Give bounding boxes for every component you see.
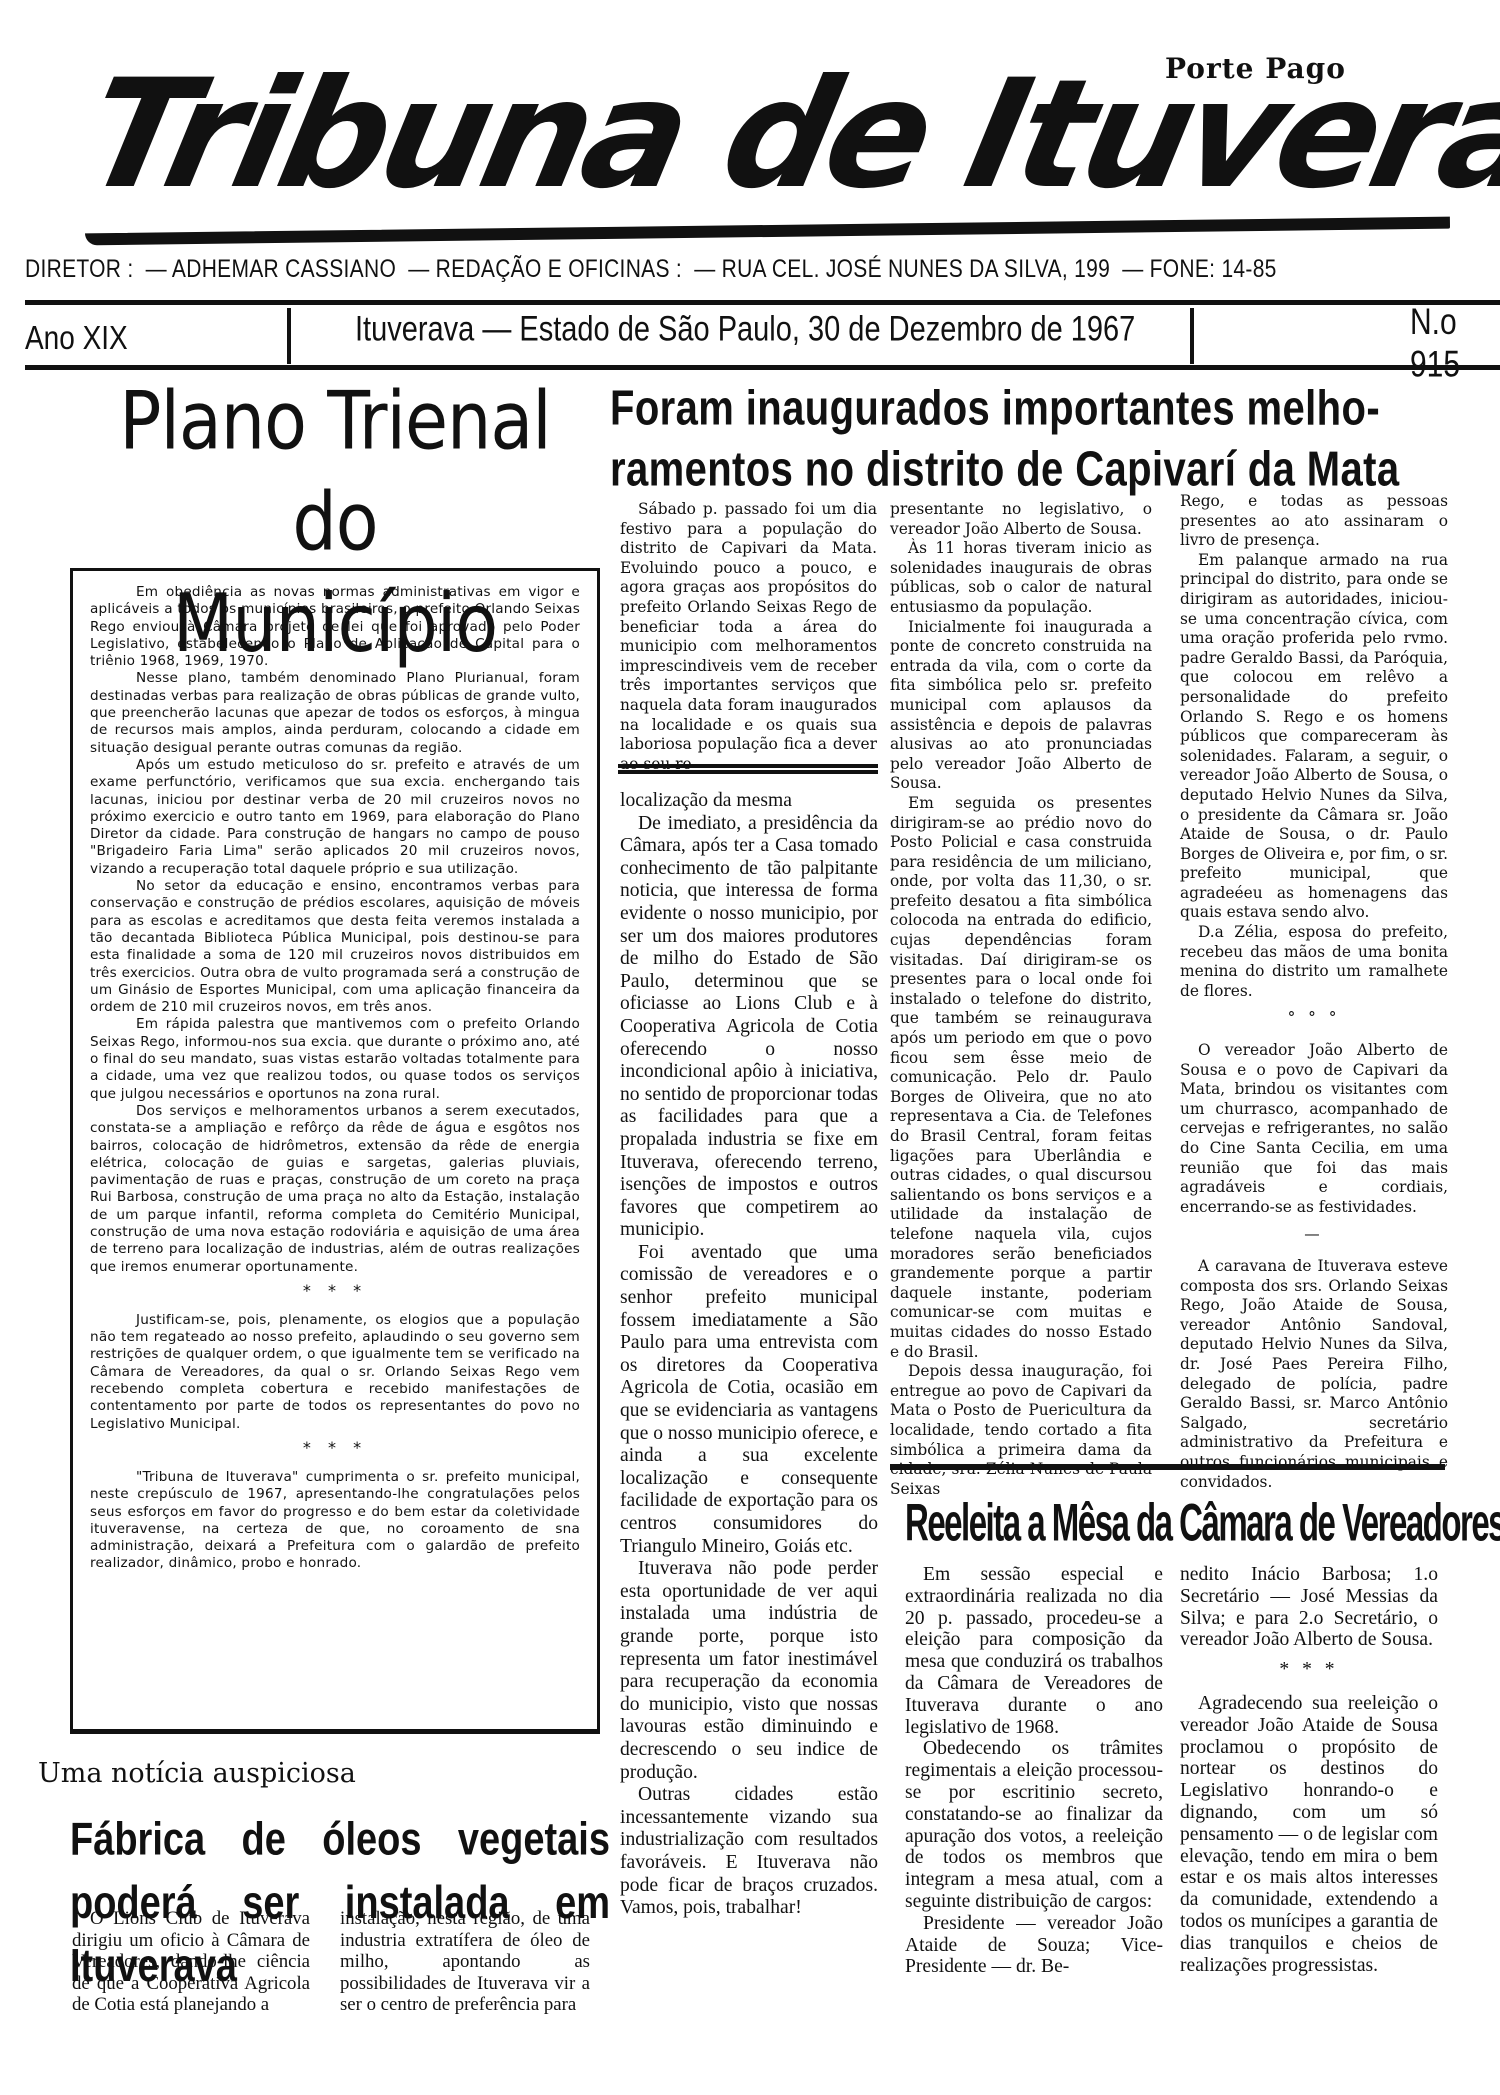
paragraph: Presidente — vereador João Ataide de Sou… [905,1913,1163,1978]
paragraph: O Lions Club de Ituverava dirigiu um ofi… [72,1908,310,2016]
headline-reeleita: Reeleita a Mêsa da Câmara de Vereadores … [905,1483,1465,1563]
divider [287,308,291,364]
paragraph: Em palanque armado na rua principal do d… [1180,551,1448,923]
paragraph: Em sessão especial e extraordinária real… [905,1564,1163,1738]
director-name: — ADHEMAR CASSIANO [146,256,396,284]
paragraph: Depois dessa inauguração, foi entregue a… [890,1362,1152,1499]
paragraph: Em rápida palestra que mantivemos com o … [90,1016,580,1102]
paragraph: Rego, e todas as pessoas presentes ao at… [1180,492,1448,551]
paragraph: No setor da educação e ensino, encontram… [90,878,580,1016]
year-label: Ano XIX [25,319,128,357]
paragraph: Outras cidades estão incessantemente viz… [620,1784,878,1920]
article-plano-body: Em obediência as novas normas administra… [90,584,580,1573]
phone: — FONE: 14-85 [1122,256,1276,284]
director-label: DIRETOR : [25,256,134,284]
newspaper-title: Tribuna de Ituverava [74,60,1436,210]
paragraph: Em obediência as novas normas administra… [90,584,580,670]
headline-line: Plano Trienal do [70,370,600,572]
dateline: Ituverava — Estado de São Paulo, 30 de D… [355,311,1135,351]
divider [1190,308,1194,364]
paragraph: localização da mesma [620,790,878,813]
masthead-info-line: DIRETOR : — ADHEMAR CASSIANO — REDAÇÃO E… [25,256,1500,285]
section-separator: ° ° ° [1180,1001,1448,1041]
paragraph: O vereador João Alberto de Sousa e o pov… [1180,1041,1448,1217]
paragraph: Nesse plano, também denominado Plano Plu… [90,670,580,756]
paragraph: Às 11 horas tiveram inicio as solenidade… [890,539,1152,617]
section-separator: * * * [90,1433,580,1469]
headline-line: ramentos no distrito de Capivarí da Mata [610,439,1490,500]
divider [890,1464,1445,1470]
headline-line: Foram inaugurados importantes melho- [610,378,1490,439]
capivari-column-1: Sábado p. passado foi um dia festivo par… [620,500,877,774]
paragraph: Inicialmente foi inaugurada a ponte de c… [890,618,1152,794]
paragraph: Agradecendo sua reeleição o vereador Joã… [1180,1693,1438,1976]
paragraph: A caravana de Ituverava esteve composta … [1180,1257,1448,1492]
reeleita-column-1: Em sessão especial e extraordinária real… [905,1564,1163,1978]
reeleita-column-2: nedito Inácio Barbosa; 1.o Secretário — … [1180,1564,1438,1976]
section-separator: * * * [1180,1651,1438,1693]
paragraph: presentante no legislativo, o vereador J… [890,500,1152,539]
kicker-label: Uma notícia auspiciosa [38,1758,356,1789]
paragraph: Ituverava não pode perder esta oportunid… [620,1558,878,1784]
divider [25,300,1500,305]
paragraph: D.a Zélia, esposa do prefeito, recebeu d… [1180,923,1448,1001]
paragraph: De imediato, a presidência da Câmara, ap… [620,813,878,1242]
issue-number: N.o 915 [1410,302,1500,387]
section-separator: * * * [90,1276,580,1312]
paragraph: Foi aventado que uma comissão de vereado… [620,1242,878,1558]
fabrica-continuation-column: localização da mesma De imediato, a pres… [620,790,878,1920]
paragraph: nedito Inácio Barbosa; 1.o Secretário — … [1180,1564,1438,1651]
paragraph: Após um estudo meticuloso do sr. prefeit… [90,757,580,878]
headline-capivari: Foram inaugurados importantes melho- ram… [610,378,1490,500]
paragraph: Obedecendo os trâmites regimentais a ele… [905,1738,1163,1912]
paragraph: instalação, nesta região, de uma industr… [340,1908,590,2016]
paragraph: Dos serviços e melhoramentos urbanos a s… [90,1103,580,1276]
date-bar: Ano XIX Ituverava — Estado de São Paulo,… [25,300,1500,362]
address: — RUA CEL. JOSÉ NUNES DA SILVA, 199 [694,256,1110,284]
paragraph: Justificam-se, pois, plenamente, os elog… [90,1312,580,1433]
capivari-column-2: presentante no legislativo, o vereador J… [890,500,1152,1499]
fabrica-column-2: instalação, nesta região, de uma industr… [340,1908,590,2016]
section-separator: — [1180,1217,1448,1257]
paragraph: Sábado p. passado foi um dia festivo par… [620,500,877,774]
paragraph: "Tribuna de Ituverava" cumprimenta o sr.… [90,1469,580,1573]
divider [618,764,878,774]
fabrica-column-1: O Lions Club de Ituverava dirigiu um ofi… [72,1908,310,2016]
paragraph: Em seguida os presentes dirigiram-se ao … [890,794,1152,1362]
capivari-column-3: Rego, e todas as pessoas presentes ao at… [1180,492,1448,1492]
editorial-label: — REDAÇÃO E OFICINAS : [408,256,682,284]
